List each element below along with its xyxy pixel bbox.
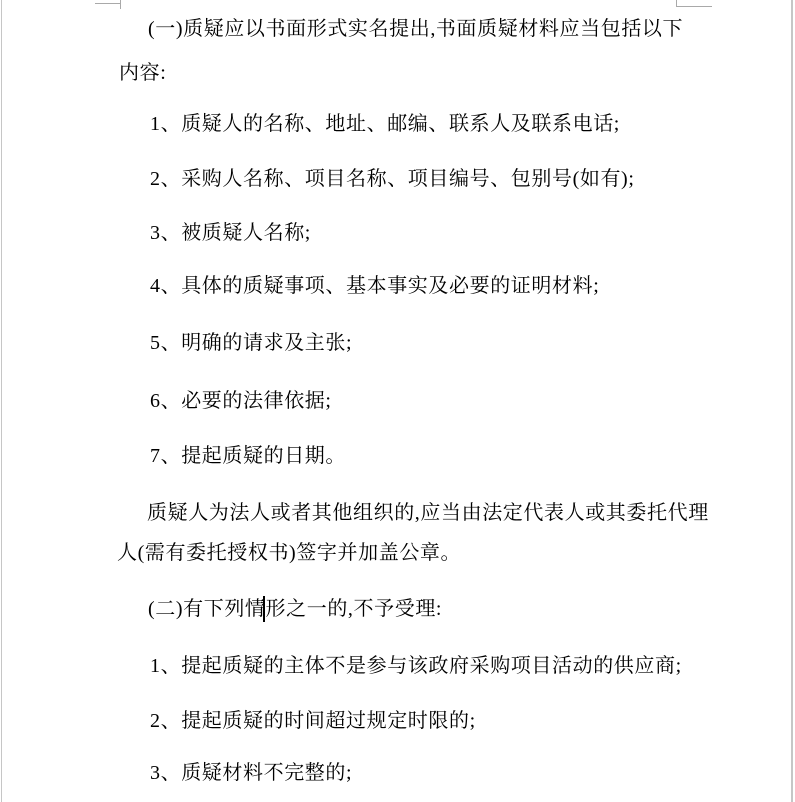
crop-mark-top-left-vertical xyxy=(120,0,121,9)
document-line[interactable]: 质疑人为法人或者其他组织的,应当由法定代表人或其委托代理 xyxy=(147,500,709,526)
document-line[interactable]: 4、具体的质疑事项、基本事实及必要的证明材料; xyxy=(150,273,599,299)
document-line[interactable]: 1、质疑人的名称、地址、邮编、联系人及联系电话; xyxy=(150,111,620,137)
document-line[interactable]: (一)质疑应以书面形式实名提出,书面质疑材料应当包括以下 xyxy=(148,16,683,42)
document-line[interactable]: (二)有下列情形之一的,不予受理: xyxy=(148,596,442,622)
crop-mark-top-right-horizontal xyxy=(676,6,712,7)
page-edge-right xyxy=(791,0,793,802)
document-page[interactable]: (一)质疑应以书面形式实名提出,书面质疑材料应当包括以下 内容: 1、质疑人的名… xyxy=(0,0,795,802)
document-line[interactable]: 5、明确的请求及主张; xyxy=(150,330,352,356)
page-edge-left xyxy=(1,0,2,802)
document-line[interactable]: 1、提起质疑的主体不是参与该政府采购项目活动的供应商; xyxy=(150,653,682,679)
document-line[interactable]: 3、质疑材料不完整的; xyxy=(150,760,352,786)
document-line[interactable]: 2、提起质疑的时间超过规定时限的; xyxy=(150,708,476,734)
document-line[interactable]: 7、提起质疑的日期。 xyxy=(150,443,346,469)
crop-mark-top-left-horizontal xyxy=(95,3,121,4)
document-line[interactable]: 内容: xyxy=(119,60,166,86)
document-line[interactable]: 人(需有委托授权书)签字并加盖公章。 xyxy=(117,540,461,566)
document-line[interactable]: 3、被质疑人名称; xyxy=(150,220,311,246)
document-line[interactable]: 2、采购人名称、项目名称、项目编号、包别号(如有); xyxy=(150,166,634,192)
text-caret xyxy=(263,596,265,622)
document-line[interactable]: 6、必要的法律依据; xyxy=(150,388,332,414)
